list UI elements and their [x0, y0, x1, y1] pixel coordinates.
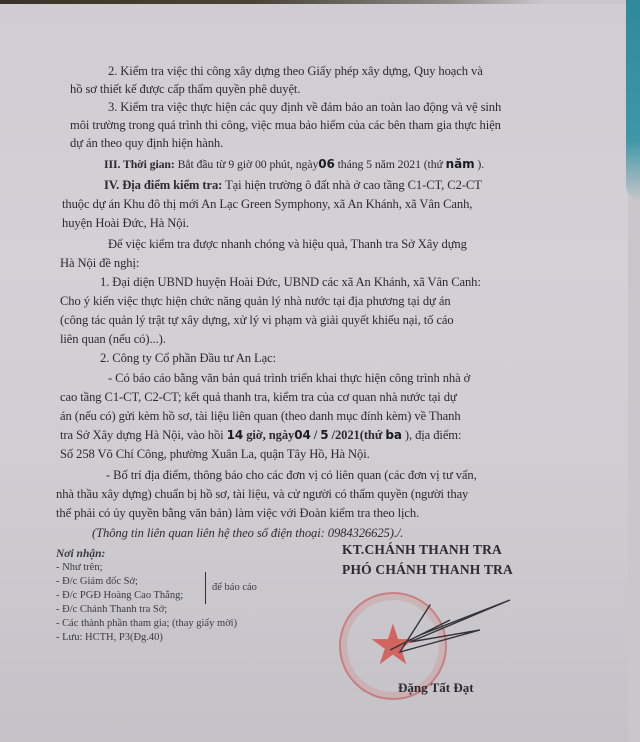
section-time: III. Thời gian: Bắt đầu từ 9 giờ 00 phút… [104, 157, 484, 172]
bullet2-line2: nhà thầu xây dựng) chuẩn bị hồ sơ, tài l… [56, 487, 468, 502]
bullet1-line4-b: giờ, ngày [243, 428, 294, 442]
request-item1-line4: liên quan (nếu có)...). [60, 332, 166, 347]
request-item1-line2: Cho ý kiến việc thực hiện chức năng quản… [60, 294, 451, 309]
bracket-label: để báo cáo [212, 582, 257, 593]
section-time-text-a: Bắt đầu từ 9 giờ 00 phút, ngày [175, 157, 319, 171]
handwritten-meeting-weekday: ba [385, 428, 402, 442]
bullet1-line4-a: tra Sở Xây dựng Hà Nội, vào hồi [60, 428, 227, 442]
recipients-block: Nơi nhận: - Như trên; - Đ/c Giám đốc Sở;… [56, 547, 237, 645]
bullet1-line4-c: / [311, 428, 321, 442]
section-location-line2: thuộc dự án Khu đô thị mới An Lạc Green … [62, 197, 472, 212]
contact-note: (Thông tin liên quan liên hệ theo số điệ… [92, 526, 403, 541]
request-item2-title: 2. Công ty Cổ phần Đầu tư An Lạc: [100, 351, 276, 366]
bullet1-line4-e: ), địa điểm: [402, 428, 462, 442]
handwritten-meeting-day: 04 [294, 428, 311, 442]
recipient-item: - Đ/c PGĐ Hoàng Cao Thắng; [56, 589, 237, 603]
bracket-divider [205, 572, 206, 604]
signer-name: Đặng Tất Đạt [398, 680, 474, 696]
recipient-item: - Đ/c Giám đốc Sở; [56, 575, 237, 589]
bullet1-line5: Số 258 Võ Chí Công, phường Xuân La, quận… [60, 447, 370, 462]
item3-line3: dự án theo quy định hiện hành. [70, 136, 223, 151]
request-line1: Để việc kiểm tra được nhanh chóng và hiệ… [108, 237, 467, 252]
section-time-text-b: tháng 5 năm 2021 (thứ [335, 157, 446, 171]
handwritten-month: 5 [320, 428, 328, 442]
section-location-label: IV. Địa điểm kiểm tra: [104, 178, 222, 192]
item3-line1: 3. Kiểm tra việc thực hiện các quy định … [108, 100, 501, 115]
section-time-text-c: ). [475, 157, 485, 171]
recipient-item: - Như trên; [56, 561, 237, 575]
bullet2-line1: - Bố trí địa điểm, thông báo cho các đơn… [106, 468, 477, 483]
recipient-item: - Đ/c Chánh Thanh tra Sở; [56, 603, 237, 617]
bullet1-line1: - Có báo cáo bằng văn bản quá trình triể… [108, 371, 470, 386]
section-time-label: III. Thời gian: [104, 157, 175, 171]
handwritten-weekday: năm [446, 157, 475, 171]
handwritten-day: 06 [318, 157, 335, 171]
signature-scribble-icon [390, 590, 550, 670]
recipient-item: - Lưu: HCTH, P3(Đg.40) [56, 631, 237, 645]
item2-line2: hồ sơ thiết kế được cấp thẩm quyền phê d… [70, 82, 300, 97]
item3-line2: môi trường trong quá trình thi công, việ… [70, 118, 501, 133]
handwritten-hour: 14 [227, 428, 244, 442]
request-item1-line3: (công tác quản lý trật tự xây dựng, xử l… [60, 313, 454, 328]
bullet1-line4: tra Sở Xây dựng Hà Nội, vào hồi 14 giờ, … [60, 428, 461, 443]
recipient-item: - Các thành phần tham gia; (thay giấy mờ… [56, 617, 237, 631]
section-location-line3: huyện Hoài Đức, Hà Nội. [62, 216, 189, 231]
bullet1-line2: cao tầng C1-CT, C2-CT; kết quả thanh tra… [60, 390, 457, 405]
section-location-text: Tại hiện trường ô đất nhà ở cao tầng C1-… [222, 178, 482, 192]
recipients-title: Nơi nhận: [56, 547, 237, 561]
bullet2-line3: thế phải có ủy quyền bằng văn bản) làm v… [56, 506, 419, 521]
signature-title-1: KT.CHÁNH THANH TRA [342, 542, 502, 558]
request-item1-line1: 1. Đại diện UBND huyện Hoài Đức, UBND cá… [100, 275, 481, 290]
signature-title-2: PHÓ CHÁNH THANH TRA [342, 562, 513, 578]
bullet1-line3: án (nếu có) gửi kèm hồ sơ, tài liệu liên… [60, 409, 461, 424]
folder-edge [626, 0, 640, 200]
section-location-line1: IV. Địa điểm kiểm tra: Tại hiện trường ô… [104, 178, 482, 193]
bullet1-line4-d: /2021(thứ [329, 428, 386, 442]
item2-line1: 2. Kiểm tra việc thi công xây dựng theo … [108, 64, 483, 79]
request-line2: Hà Nội đề nghị: [60, 256, 139, 271]
